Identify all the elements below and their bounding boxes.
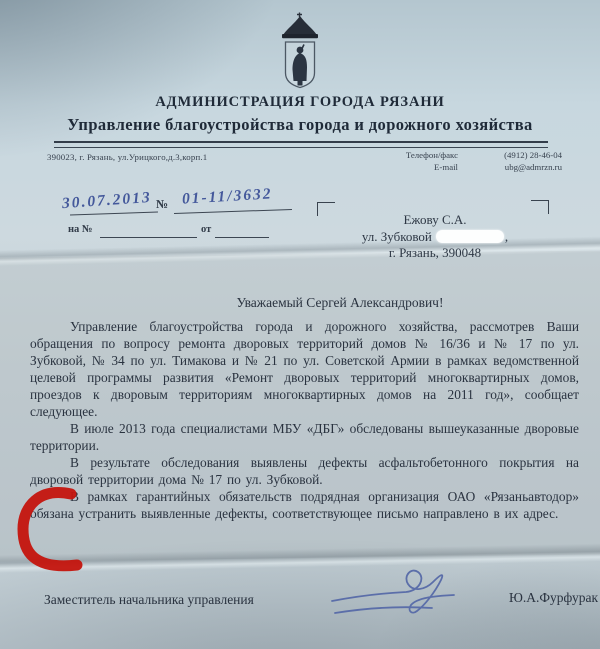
paragraph-1: Управление благоустройства города и доро… bbox=[30, 318, 579, 420]
red-marker-bracket-icon bbox=[13, 485, 93, 582]
salutation: Уважаемый Сергей Александрович! bbox=[120, 295, 560, 311]
recipient-street: ул. Зубковой bbox=[362, 229, 432, 244]
recipient-street-line: ул. Зубковой, bbox=[345, 229, 525, 246]
phone-label: Телефон/факс bbox=[348, 150, 458, 162]
address-zone-corner-right bbox=[531, 200, 549, 214]
handwritten-date: 30.07.2013 bbox=[61, 189, 152, 213]
recipient-name: Ежову С.А. bbox=[345, 212, 525, 229]
contact-values: (4912) 28-46-04 ubg@admrzn.ru bbox=[468, 150, 562, 173]
handwritten-signature-icon bbox=[328, 563, 468, 628]
organization-name: АДМИНИСТРАЦИЯ ГОРОДА РЯЗАНИ bbox=[0, 94, 600, 111]
photo-of-official-letter: АДМИНИСТРАЦИЯ ГОРОДА РЯЗАНИ Управление б… bbox=[0, 0, 600, 649]
letter-document: АДМИНИСТРАЦИЯ ГОРОДА РЯЗАНИ Управление б… bbox=[0, 0, 600, 649]
handwritten-outgoing-number: 01-11/3632 bbox=[182, 185, 274, 208]
reply-to-label: на № bbox=[68, 224, 92, 235]
paragraph-2: В июле 2013 года специалистами МБУ «ДБГ»… bbox=[30, 420, 579, 454]
paragraph-4: В рамках гарантийных обязательств подряд… bbox=[30, 488, 579, 522]
from-blank-line bbox=[215, 237, 269, 238]
from-label: от bbox=[201, 224, 211, 235]
date-blank-line bbox=[70, 211, 158, 215]
address-zone-corner-left bbox=[317, 202, 335, 216]
signer-name: Ю.А.Фурфурак bbox=[509, 590, 598, 606]
recipient-street-suffix: , bbox=[505, 229, 508, 244]
email-label: E-mail bbox=[348, 162, 458, 174]
email-value: ubg@admrzn.ru bbox=[468, 162, 562, 174]
signer-position: Заместитель начальника управления bbox=[44, 592, 254, 608]
ryazan-coat-of-arms-icon bbox=[277, 11, 323, 98]
reply-blank-line bbox=[100, 237, 197, 238]
paragraph-3: В результате обследования выявлены дефек… bbox=[30, 454, 579, 488]
department-name: Управление благоустройства города и доро… bbox=[0, 115, 600, 135]
redaction-box bbox=[436, 230, 504, 243]
recipient-city: г. Рязань, 390048 bbox=[345, 245, 525, 262]
contact-labels: Телефон/факс E-mail bbox=[348, 150, 458, 173]
phone-value: (4912) 28-46-04 bbox=[468, 150, 562, 162]
recipient-block: Ежову С.А. ул. Зубковой, г. Рязань, 3900… bbox=[345, 212, 525, 262]
number-sign: № bbox=[156, 197, 168, 212]
organization-address: 390023, г. Рязань, ул.Урицкого,д.3,корп.… bbox=[47, 152, 207, 162]
letter-body: Управление благоустройства города и доро… bbox=[30, 318, 579, 522]
letterhead-divider bbox=[54, 141, 548, 148]
number-blank-line bbox=[174, 209, 292, 215]
